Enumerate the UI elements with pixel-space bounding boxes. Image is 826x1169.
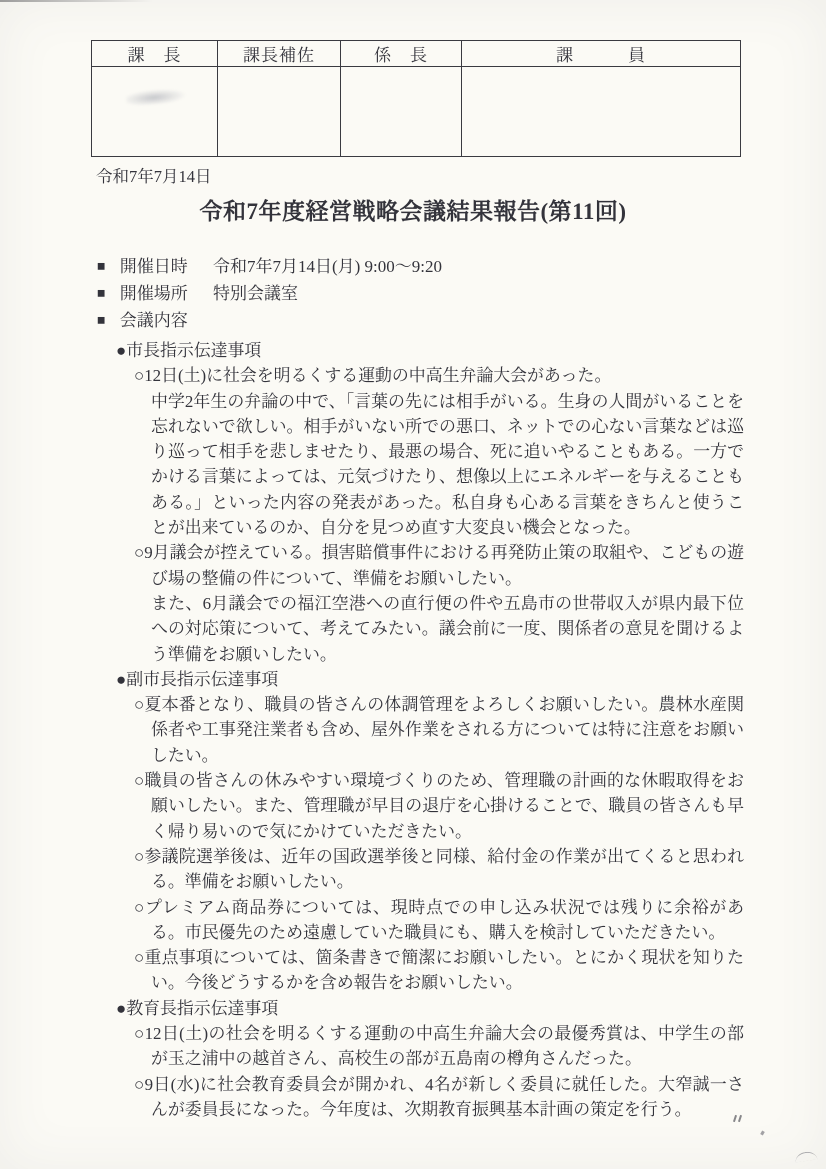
approval-stamp-cell-kakaricho	[341, 67, 462, 157]
approval-stamp-cell-kain	[462, 67, 741, 157]
list-item: ○プレミアム商品券については、現時点での申し込み状況では残りに余裕がある。市民優…	[134, 895, 744, 946]
section-heading-label: 市長指示伝達事項	[126, 341, 261, 360]
section-bullet-icon: ●	[116, 999, 126, 1018]
list-item: ○職員の皆さんの休みやすい環境づくりのため、管理職の計画的な休暇取得をお願いした…	[134, 768, 744, 844]
item-paragraph: ○12日(土)に社会を明るくする運動の中高生弁論大会があった。	[151, 363, 744, 388]
section-heading-label: 副市長指示伝達事項	[126, 670, 278, 689]
list-item: ○12日(土)の社会を明るくする運動の中高生弁論大会の最優秀賞は、中学生の部が玉…	[134, 1021, 744, 1072]
list-item: ○9月議会が控えている。損害賠償事件における再発防止策の取組や、こどもの遊び場の…	[134, 540, 744, 666]
item-bullet-icon: ○	[134, 898, 145, 917]
meeting-content-sections: ●市長指示伝達事項○12日(土)に社会を明るくする運動の中高生弁論大会があった。…	[97, 338, 744, 1122]
approval-header-kacho: 課 長	[92, 41, 218, 67]
list-item: ○12日(土)に社会を明るくする運動の中高生弁論大会があった。中学2年生の弁論の…	[134, 363, 744, 540]
meta-row-location: ■ 開催場所 特別会議室	[97, 281, 744, 308]
item-paragraph: ○参議院選挙後は、近年の国政選挙後と同様、給付金の作業が出てくると思われる。準備…	[151, 844, 744, 895]
square-bullet-icon: ■	[97, 287, 105, 302]
item-bullet-icon: ○	[134, 847, 144, 866]
approval-stamp-cell-kacho	[92, 67, 218, 157]
meta-label-agenda: 会議内容	[120, 311, 188, 330]
approval-stamp-cell-kacho-hosa	[218, 67, 341, 157]
scanned-document-page: 課 長 課長補佐 係 長 課 員 令和7年7月14日 令和7年度経営戦略会議結果…	[0, 0, 826, 1169]
approval-header-kakaricho: 係 長	[341, 41, 462, 67]
list-item: ○9日(水)に社会教育委員会が開かれ、4名が新しく委員に就任した。大窄誠一さんが…	[134, 1072, 744, 1123]
scan-artifact-mark	[733, 1115, 743, 1123]
item-paragraph: ○12日(土)の社会を明るくする運動の中高生弁論大会の最優秀賞は、中学生の部が玉…	[151, 1021, 744, 1072]
document-body: ■ 開催日時 令和7年7月14日(月) 9:00〜9:20 ■ 開催場所 特別会…	[97, 254, 744, 1122]
approval-header-kacho-hosa: 課長補佐	[218, 41, 341, 67]
approval-stamp-row	[92, 67, 741, 157]
item-paragraph: 中学2年生の弁論の中で、「言葉の先には相手がいる。生身の人間がいることを忘れない…	[151, 389, 744, 541]
square-bullet-icon: ■	[97, 314, 105, 329]
item-paragraph: ○職員の皆さんの休みやすい環境づくりのため、管理職の計画的な休暇取得をお願いした…	[151, 768, 744, 844]
section-heading: ●副市長指示伝達事項	[116, 667, 744, 692]
scan-artifact-dot	[760, 1131, 765, 1136]
item-paragraph: ○プレミアム商品券については、現時点での申し込み状況では残りに余裕がある。市民優…	[151, 895, 744, 946]
meta-label-datetime: 開催日時	[120, 257, 188, 276]
section-bullet-icon: ●	[116, 670, 126, 689]
faint-pencil-smudge	[125, 86, 188, 106]
list-item: ○参議院選挙後は、近年の国政選挙後と同様、給付金の作業が出てくると思われる。準備…	[134, 844, 744, 895]
item-bullet-icon: ○	[134, 1075, 145, 1094]
list-item: ○重点事項については、箇条書きで簡潔にお願いしたい。とにかく現状を知りたい。今後…	[134, 945, 744, 996]
item-bullet-icon: ○	[134, 543, 144, 562]
item-bullet-icon: ○	[134, 1024, 145, 1043]
item-bullet-icon: ○	[134, 366, 144, 385]
document-date: 令和7年7月14日	[96, 163, 212, 187]
item-paragraph: ○9月議会が控えている。損害賠償事件における再発防止策の取組や、こどもの遊び場の…	[151, 540, 744, 591]
approval-stamp-table: 課 長 課長補佐 係 長 課 員	[91, 40, 741, 157]
meta-value-datetime: 令和7年7月14日(月) 9:00〜9:20	[213, 257, 442, 276]
list-item: ○夏本番となり、職員の皆さんの体調管理をよろしくお願いしたい。農林水産関係者や工…	[134, 692, 744, 768]
scan-artifact-curve	[794, 1151, 817, 1163]
square-bullet-icon: ■	[97, 260, 105, 275]
item-paragraph: ○重点事項については、箇条書きで簡潔にお願いしたい。とにかく現状を知りたい。今後…	[151, 945, 744, 996]
document-title: 令和7年度経営戦略会議結果報告(第11回)	[0, 193, 826, 226]
meta-value-location: 特別会議室	[213, 284, 298, 303]
section-heading: ●市長指示伝達事項	[116, 338, 744, 363]
approval-header-row: 課 長 課長補佐 係 長 課 員	[92, 41, 741, 67]
item-bullet-icon: ○	[134, 948, 144, 967]
section-heading-label: 教育長指示伝達事項	[126, 999, 278, 1018]
section-heading: ●教育長指示伝達事項	[116, 996, 744, 1021]
meta-row-agenda: ■ 会議内容	[97, 308, 744, 335]
meta-row-datetime: ■ 開催日時 令和7年7月14日(月) 9:00〜9:20	[97, 254, 744, 281]
approval-header-kain: 課 員	[462, 41, 741, 67]
meta-label-location: 開催場所	[120, 284, 188, 303]
item-paragraph: ○9日(水)に社会教育委員会が開かれ、4名が新しく委員に就任した。大窄誠一さんが…	[151, 1072, 744, 1123]
section-bullet-icon: ●	[116, 341, 126, 360]
item-paragraph: また、6月議会での福江空港への直行便の件や五島市の世帯収入が県内最下位への対応策…	[151, 591, 744, 667]
item-paragraph: ○夏本番となり、職員の皆さんの体調管理をよろしくお願いしたい。農林水産関係者や工…	[151, 692, 744, 768]
item-bullet-icon: ○	[134, 695, 144, 714]
item-bullet-icon: ○	[134, 771, 144, 790]
